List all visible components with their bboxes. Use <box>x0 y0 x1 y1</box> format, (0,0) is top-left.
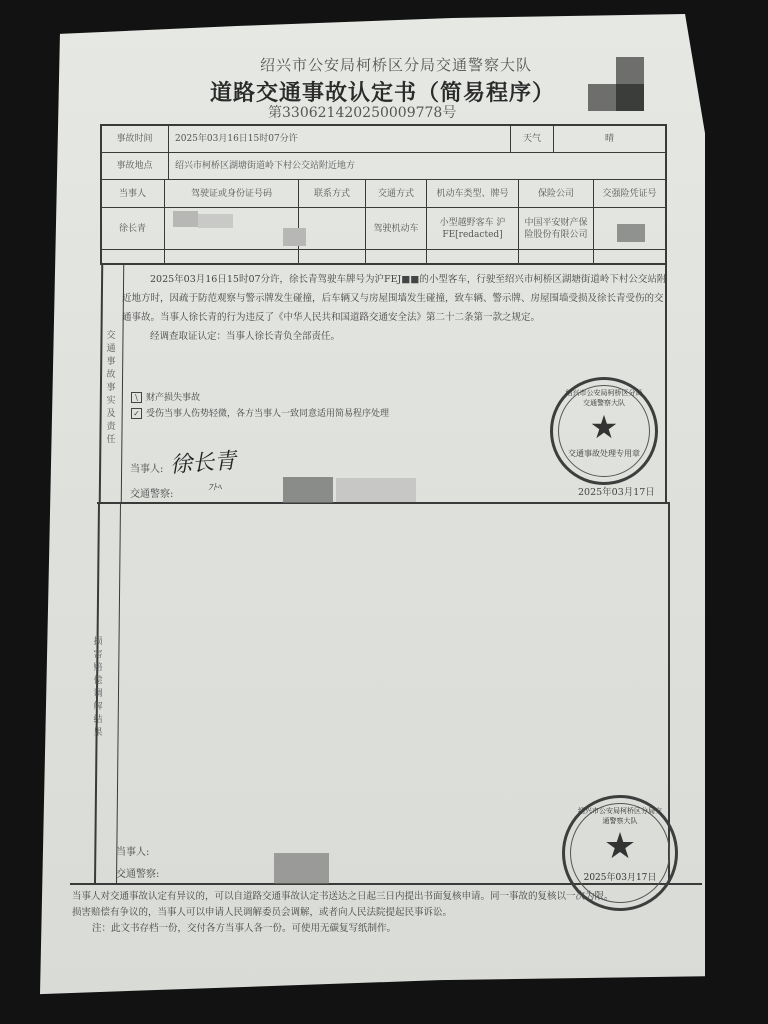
responsibility-finding: 经调查取证认定：当事人徐长青负全部责任。 <box>122 327 670 346</box>
seal-text: 绍兴市公安局柯桥区分局交通警察大队 <box>565 806 675 826</box>
accident-location-label: 事故地点 <box>101 153 168 179</box>
accident-narrative: 2025年03月16日15时07分许，徐长青驾驶车牌号为沪FEJ■■的小型客车，… <box>122 270 670 346</box>
accident-time-value: 2025年03月16日15时07分许 <box>169 125 510 152</box>
settlement-officer-sign-label: 交通警察: <box>116 865 159 880</box>
narrative-paragraph: 2025年03月16日15时07分许，徐长青驾驶车牌号为沪FEJ■■的小型客车，… <box>122 270 670 327</box>
settlement-section-label: 损害赔偿调解结果 <box>92 636 104 740</box>
contact-redacted <box>283 228 306 246</box>
accident-location-value: 绍兴市柯桥区湖塘街道岭下村公交站附近地方 <box>169 153 655 179</box>
col-header-insurer: 保险公司 <box>519 180 593 207</box>
settlement-date: 2025年03月17日 <box>565 870 675 883</box>
id-number-redacted <box>198 214 233 228</box>
dispute-notice: 损害赔偿有争议的，当事人可以申请人民调解委员会调解，或者向人民法院提起民事诉讼。 <box>72 904 452 918</box>
option-label: 受伤当事人伤势轻微，各方当事人一致同意适用简易程序处理 <box>146 409 389 419</box>
option-minor-injury-simple-procedure[interactable]: ✓受伤当事人伤势轻微，各方当事人一致同意适用简易程序处理 <box>131 406 389 419</box>
party-name: 徐长青 <box>101 208 164 249</box>
col-header-party: 当事人 <box>101 180 164 207</box>
facts-section-label: 交通事故事实及责任 <box>105 330 117 447</box>
col-header-policy-number: 交强险凭证号 <box>594 180 665 207</box>
col-header-transport-mode: 交通方式 <box>366 180 426 207</box>
accident-time-label: 事故时间 <box>101 125 168 152</box>
option-label: 财产损失事故 <box>146 393 200 403</box>
checkbox-icon[interactable]: ✓ <box>131 408 142 419</box>
settlement-party-sign-label: 当事人: <box>116 843 149 858</box>
settlement-officer-redacted <box>274 853 329 884</box>
redaction-block <box>616 84 644 111</box>
checkbox-icon[interactable]: \ <box>131 392 142 403</box>
redaction-block <box>588 84 616 111</box>
vehicle-type-plate: 小型越野客车 沪FE[redacted] <box>430 208 515 249</box>
redaction-block <box>616 57 644 84</box>
document-number: 第330621420250009778号 <box>268 102 456 122</box>
id-number-redacted <box>173 211 198 227</box>
col-header-contact: 联系方式 <box>299 180 365 207</box>
officer-sign-label: 交通警察: <box>130 485 173 500</box>
copies-note: 注：此文书存档一份，交付各方当事人各一份。可使用无碳复写纸制作。 <box>92 920 396 934</box>
insurance-company: 中国平安财产保险股份有限公司 <box>522 208 590 249</box>
star-icon: ★ <box>553 408 655 446</box>
officer-name-redacted <box>283 477 333 503</box>
issuing-organization: 绍兴市公安局柯桥区分局交通警察大队 <box>260 54 532 75</box>
party-signature: 徐长青 <box>169 444 237 480</box>
officer-signature-mark: ﾌﾄﾍ <box>208 480 222 493</box>
col-header-id-number: 驾驶证或身份证号码 <box>165 180 298 207</box>
weather-value: 晴 <box>554 125 665 152</box>
seal-subtext: 交通事故处理专用章 <box>553 448 655 459</box>
policy-number-redacted <box>617 224 645 242</box>
officer-id-redacted <box>336 478 416 502</box>
official-seal: ★ 绍兴市公安局柯桥区分局交通警察大队 交通事故处理专用章 <box>550 377 658 485</box>
seal-text: 绍兴市公安局柯桥区分局交通警察大队 <box>553 388 655 408</box>
facts-date: 2025年03月17日 <box>578 484 655 498</box>
transport-mode: 驾驶机动车 <box>366 208 426 249</box>
appeal-notice: 当事人对交通事故认定有异议的，可以自道路交通事故认定书送达之日起三日内提出书面复… <box>72 888 614 902</box>
weather-label: 天气 <box>511 125 553 152</box>
settlement-result-area <box>125 510 655 810</box>
star-icon: ★ <box>565 826 675 867</box>
party-sign-label: 当事人: <box>130 460 163 475</box>
option-property-damage[interactable]: \财产损失事故 <box>131 390 200 403</box>
col-header-vehicle: 机动车类型、牌号 <box>427 180 518 207</box>
